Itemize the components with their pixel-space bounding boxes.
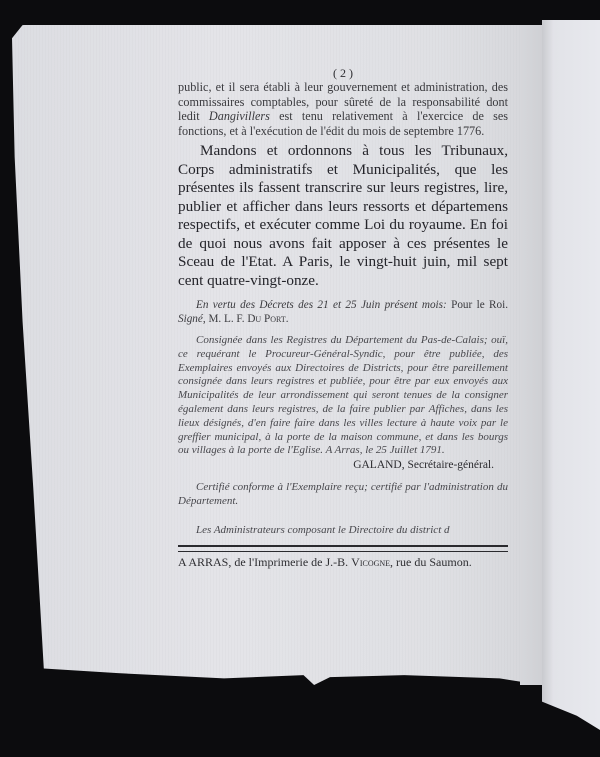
imprint-street: , rue du Saumon. xyxy=(390,555,472,569)
signed-label: Signé xyxy=(178,313,203,325)
decree-reference: En vertu des Décrets des 21 et 25 Juin p… xyxy=(196,299,447,311)
secretary-signature: GALAND, Secrétaire-général. xyxy=(178,458,508,473)
imprint-text: de l'Imprimerie de J.-B. xyxy=(231,555,351,569)
imprint-divider-rule xyxy=(178,545,508,552)
main-decree-paragraph: Mandons et ordonnons à tous les Tribunau… xyxy=(178,142,508,290)
administrators-line: Les Administrateurs composant le Directo… xyxy=(178,523,508,537)
printer-name: Vicogne xyxy=(351,555,390,569)
person-name-dangivillers: Dangivillers xyxy=(209,109,270,123)
decree-authority-note: En vertu des Décrets des 21 et 25 Juin p… xyxy=(178,298,508,326)
page-number: ( 2 ) xyxy=(178,66,508,81)
registration-note: Consignée dans les Registres du Départem… xyxy=(178,334,508,458)
pour-le-roi: Pour le Roi. xyxy=(447,299,508,311)
document-body: ( 2 ) public, et il sera établi à leur g… xyxy=(178,66,508,537)
certification-note: Certifié conforme à l'Exemplaire reçu; c… xyxy=(178,481,508,509)
continuation-paragraph: public, et il sera établi à leur gouvern… xyxy=(178,80,508,138)
printer-imprint: A ARRAS, de l'Imprimerie de J.-B. Vicogn… xyxy=(178,555,518,570)
page-fold-shadow xyxy=(520,25,542,685)
imprint-city: A ARRAS, xyxy=(178,555,231,569)
adjacent-page-edge xyxy=(542,20,600,730)
signatory-name: , M. L. F. Du Port. xyxy=(203,313,289,325)
